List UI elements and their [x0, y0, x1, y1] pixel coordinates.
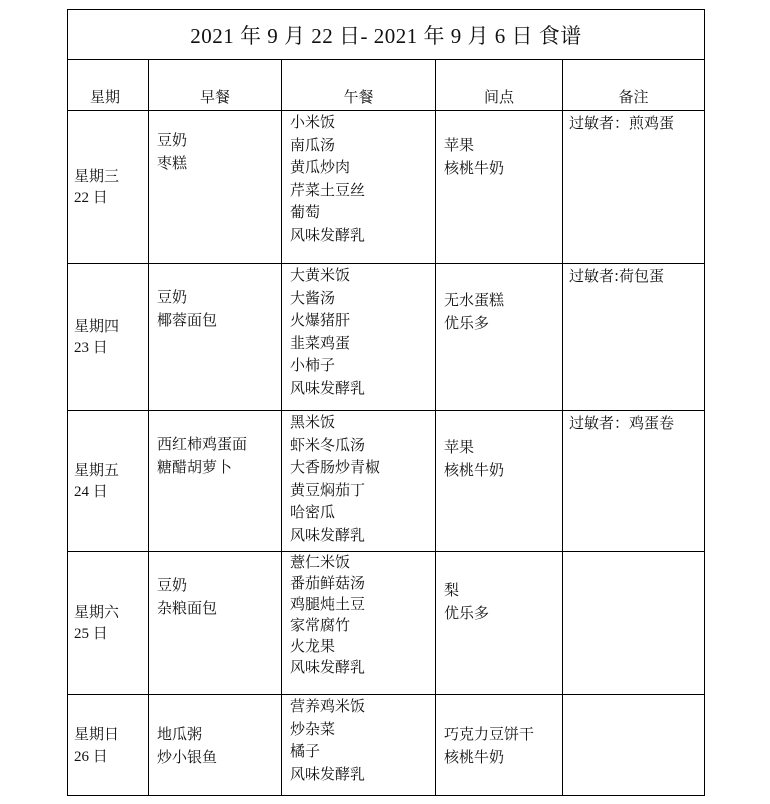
lunch-item: 鸡腿炖土豆: [290, 594, 435, 615]
lunch-item: 风味发酵乳: [290, 524, 435, 547]
lunch-item: 风味发酵乳: [290, 763, 435, 786]
weekday-label: 星期六: [74, 601, 148, 624]
lunch-item: 南瓜汤: [290, 134, 435, 157]
header-row: 星期 早餐 午餐 间点 备注: [68, 60, 704, 111]
breakfast-cell: 豆奶 椰蓉面包: [149, 264, 282, 410]
weekday-cell: 星期六 25 日: [68, 552, 149, 694]
breakfast-item: 炒小银鱼: [157, 746, 281, 769]
date-label: 24 日: [74, 481, 148, 504]
snack-cell: 无水蛋糕 优乐多: [436, 264, 563, 410]
snack-item: 巧克力豆饼干: [444, 723, 562, 746]
breakfast-item: 椰蓉面包: [157, 309, 281, 332]
lunch-item: 大香肠炒青椒: [290, 456, 435, 479]
lunch-item: 薏仁米饭: [290, 552, 435, 573]
snack-item: 核桃牛奶: [444, 459, 562, 482]
weekday-label: 星期日: [74, 723, 148, 746]
weekday-cell: 星期五 24 日: [68, 411, 149, 551]
lunch-cell: 黑米饭 虾米冬瓜汤 大香肠炒青椒 黄豆焖茄丁 哈密瓜 风味发酵乳: [282, 411, 436, 551]
snack-item: 优乐多: [444, 312, 562, 335]
notes-cell: 过敏者:荷包蛋: [563, 264, 704, 410]
lunch-item: 黑米饭: [290, 411, 435, 434]
snack-cell: 梨 优乐多: [436, 552, 563, 694]
lunch-item: 大酱汤: [290, 287, 435, 310]
notes-cell: [563, 695, 704, 796]
breakfast-item: 糖醋胡萝卜: [157, 456, 281, 479]
lunch-item: 火龙果: [290, 636, 435, 657]
weekday-label: 星期四: [74, 315, 148, 338]
lunch-item: 韭菜鸡蛋: [290, 332, 435, 355]
lunch-item: 芹菜土豆丝: [290, 179, 435, 202]
lunch-item: 橘子: [290, 740, 435, 763]
lunch-item: 大黄米饭: [290, 264, 435, 287]
lunch-cell: 营养鸡米饭 炒杂菜 橘子 风味发酵乳: [282, 695, 436, 796]
breakfast-item: 枣糕: [157, 152, 281, 175]
lunch-item: 营养鸡米饭: [290, 695, 435, 718]
lunch-item: 风味发酵乳: [290, 657, 435, 678]
notes-cell: 过敏者：煎鸡蛋: [563, 111, 704, 263]
snack-item: 无水蛋糕: [444, 289, 562, 312]
lunch-item: 哈密瓜: [290, 501, 435, 524]
notes-cell: 过敏者：鸡蛋卷: [563, 411, 704, 551]
breakfast-cell: 地瓜粥 炒小银鱼: [149, 695, 282, 796]
table-row: 星期四 23 日 豆奶 椰蓉面包 大黄米饭 大酱汤 火爆猪肝 韭菜鸡蛋 小柿子 …: [68, 264, 704, 411]
snack-cell: 苹果 核桃牛奶: [436, 111, 563, 263]
lunch-item: 番茄鲜菇汤: [290, 573, 435, 594]
breakfast-cell: 西红柿鸡蛋面 糖醋胡萝卜: [149, 411, 282, 551]
table-row: 星期五 24 日 西红柿鸡蛋面 糖醋胡萝卜 黑米饭 虾米冬瓜汤 大香肠炒青椒 黄…: [68, 411, 704, 552]
notes-cell: [563, 552, 704, 694]
lunch-item: 小米饭: [290, 111, 435, 134]
menu-title: 2021 年 9 月 22 日- 2021 年 9 月 6 日 食谱: [68, 10, 704, 60]
weekday-cell: 星期三 22 日: [68, 111, 149, 263]
header-snack: 间点: [436, 60, 563, 110]
allergy-note: 过敏者:荷包蛋: [569, 265, 704, 288]
header-lunch: 午餐: [282, 60, 436, 110]
lunch-item: 虾米冬瓜汤: [290, 434, 435, 457]
lunch-item: 风味发酵乳: [290, 377, 435, 400]
breakfast-item: 杂粮面包: [157, 597, 281, 620]
breakfast-item: 豆奶: [157, 286, 281, 309]
header-notes: 备注: [563, 60, 704, 110]
snack-item: 核桃牛奶: [444, 746, 562, 769]
snack-item: 梨: [444, 579, 562, 602]
lunch-item: 葡萄: [290, 201, 435, 224]
allergy-note: 过敏者：煎鸡蛋: [569, 112, 704, 135]
allergy-note: 过敏者：鸡蛋卷: [569, 412, 704, 435]
lunch-item: 小柿子: [290, 354, 435, 377]
lunch-cell: 大黄米饭 大酱汤 火爆猪肝 韭菜鸡蛋 小柿子 风味发酵乳: [282, 264, 436, 410]
lunch-cell: 小米饭 南瓜汤 黄瓜炒肉 芹菜土豆丝 葡萄 风味发酵乳: [282, 111, 436, 263]
weekday-label: 星期三: [74, 165, 148, 188]
weekday-cell: 星期日 26 日: [68, 695, 149, 796]
lunch-cell: 薏仁米饭 番茄鲜菇汤 鸡腿炖土豆 家常腐竹 火龙果 风味发酵乳: [282, 552, 436, 694]
lunch-item: 家常腐竹: [290, 615, 435, 636]
lunch-item: 黄瓜炒肉: [290, 156, 435, 179]
lunch-item: 黄豆焖茄丁: [290, 479, 435, 502]
date-label: 26 日: [74, 746, 148, 769]
snack-item: 核桃牛奶: [444, 157, 562, 180]
snack-cell: 巧克力豆饼干 核桃牛奶: [436, 695, 563, 796]
lunch-item: 风味发酵乳: [290, 224, 435, 247]
snack-item: 苹果: [444, 436, 562, 459]
breakfast-item: 豆奶: [157, 574, 281, 597]
menu-table: 2021 年 9 月 22 日- 2021 年 9 月 6 日 食谱 星期 早餐…: [67, 9, 705, 796]
breakfast-item: 豆奶: [157, 129, 281, 152]
date-label: 23 日: [74, 337, 148, 360]
lunch-item: 火爆猪肝: [290, 309, 435, 332]
date-label: 22 日: [74, 187, 148, 210]
table-row: 星期日 26 日 地瓜粥 炒小银鱼 营养鸡米饭 炒杂菜 橘子 风味发酵乳 巧克力…: [68, 695, 704, 796]
table-row: 星期三 22 日 豆奶 枣糕 小米饭 南瓜汤 黄瓜炒肉 芹菜土豆丝 葡萄 风味发…: [68, 111, 704, 264]
header-weekday: 星期: [68, 60, 149, 110]
weekday-cell: 星期四 23 日: [68, 264, 149, 410]
date-label: 25 日: [74, 623, 148, 646]
snack-item: 苹果: [444, 134, 562, 157]
breakfast-item: 西红柿鸡蛋面: [157, 433, 281, 456]
snack-cell: 苹果 核桃牛奶: [436, 411, 563, 551]
table-row: 星期六 25 日 豆奶 杂粮面包 薏仁米饭 番茄鲜菇汤 鸡腿炖土豆 家常腐竹 火…: [68, 552, 704, 695]
snack-item: 优乐多: [444, 602, 562, 625]
breakfast-cell: 豆奶 杂粮面包: [149, 552, 282, 694]
breakfast-cell: 豆奶 枣糕: [149, 111, 282, 263]
lunch-item: 炒杂菜: [290, 718, 435, 741]
weekday-label: 星期五: [74, 459, 148, 482]
breakfast-item: 地瓜粥: [157, 723, 281, 746]
header-breakfast: 早餐: [149, 60, 282, 110]
